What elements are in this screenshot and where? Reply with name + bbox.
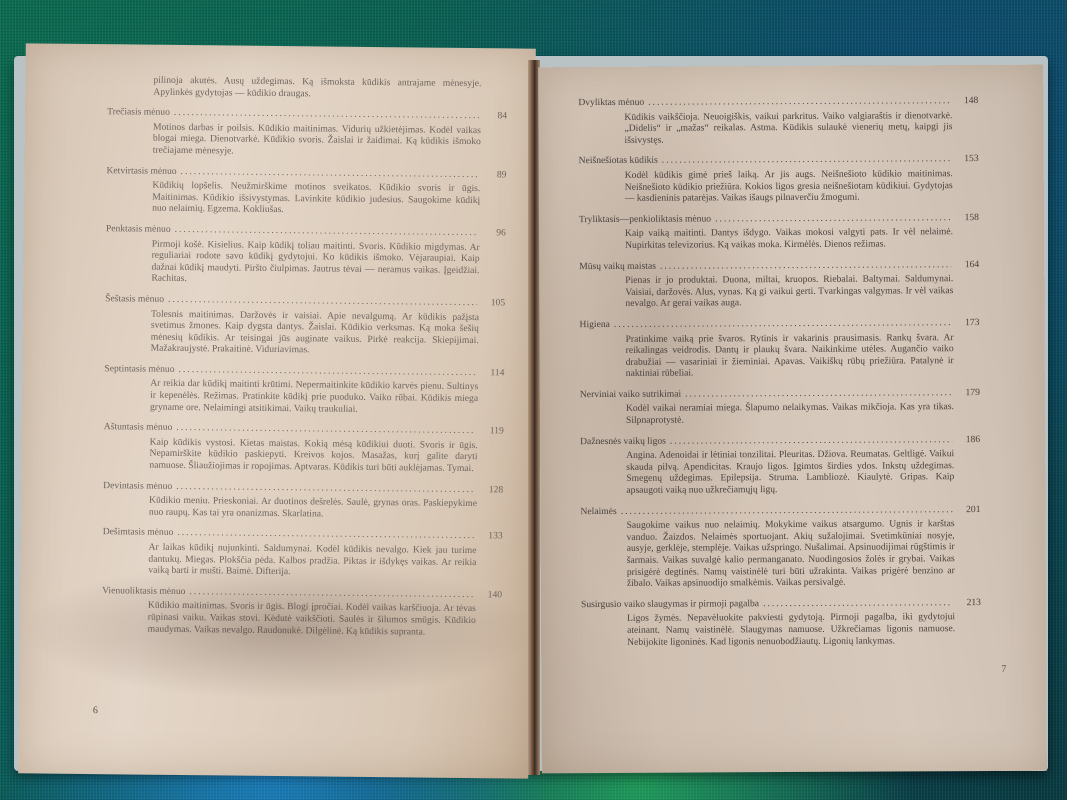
- chapter-topics: Pienas ir jo produktai. Duona, miltai, k…: [625, 273, 953, 309]
- chapter-page-number: 84: [479, 110, 507, 122]
- toc-entry: Devintasis mėnuo 128 Kūdikio meniu. Prie…: [103, 480, 503, 522]
- page-number: 6: [93, 705, 98, 716]
- chapter-topics: Ar reikia dar kūdikį maitinti krūtimi. N…: [150, 378, 478, 416]
- chapter-page-number: 128: [475, 484, 503, 496]
- toc-entry: Dešimtasis mėnuo 133 Ar laikas kūdikį nu…: [102, 527, 502, 581]
- toc-entry: Neišnešiotas kūdikis 153 Kodėl kūdikis g…: [579, 153, 979, 204]
- chapter-topics: Kūdikis vaikščioja. Neuoigiškis, vaikui …: [624, 110, 952, 146]
- toc-entry: Šeštasis mėnuo 105 Tolesnis maitinimas. …: [105, 293, 506, 358]
- leader-dots: [763, 597, 953, 610]
- chapter-title: Nelaimės: [580, 506, 620, 518]
- chapter-topics: Kaip vaiką maitinti. Dantys išdygo. Vaik…: [625, 227, 953, 252]
- toc-entry: Vienuoliktasis mėnuo 140 Kūdikio maitini…: [102, 585, 502, 639]
- toc-entry: Nerviniai vaiko sutrikimai 179 Kodėl vai…: [580, 387, 980, 427]
- chapter-topics: Kodėl kūdikis gimė prieš laiką. Ar jis a…: [625, 168, 953, 204]
- chapter-topics: Tolesnis maitinimas. Daržovės ir vaisiai…: [151, 308, 479, 358]
- continued-text: pilinoja akutės. Ausų uždegimas. Ką išmo…: [153, 75, 481, 102]
- chapter-page-number: 114: [476, 367, 504, 379]
- leader-dots: [176, 481, 475, 496]
- chapter-title: Nerviniai vaiko sutrikimai: [580, 388, 685, 400]
- chapter-topics: Angina. Adenoidai ir lėtiniai tonzilitai…: [626, 448, 954, 496]
- chapter-topics: Pirmoji košė. Kisielius. Kaip kūdikį tol…: [151, 238, 479, 288]
- chapter-topics: Kūdikio maitinimas. Svoris ir ūgis. Blog…: [148, 600, 476, 638]
- chapter-page-number: 153: [951, 153, 979, 165]
- leader-dots: [177, 527, 474, 542]
- toc-entry: Higiena 173 Pratinkime vaiką prie švaros…: [579, 317, 979, 380]
- chapter-title: Tryliktasis—penkioliktasis mėnuo: [579, 213, 715, 225]
- chapter-title: Šeštasis mėnuo: [105, 293, 168, 305]
- chapter-topics: Kūdikių lopšelis. Neužmirškime motinos s…: [152, 180, 480, 218]
- toc-entry: Dažnesnės vaikų ligos 186 Angina. Adenoi…: [580, 434, 980, 497]
- right-table-of-contents: Dvyliktas mėnuo 148 Kūdikis vaikščioja. …: [578, 95, 981, 657]
- chapter-title: Dvyliktas mėnuo: [578, 97, 648, 109]
- chapter-title: Susirgusio vaiko slaugymas ir pirmoji pa…: [581, 598, 763, 611]
- chapter-page-number: 96: [478, 227, 506, 239]
- chapter-page-number: 213: [953, 597, 981, 609]
- chapter-topics: Ar laikas kūdikį nujunkinti. Saldumynai.…: [148, 542, 476, 580]
- chapter-topics: Saugokime vaikus nuo nelaimių. Mokykime …: [627, 518, 955, 589]
- leader-dots: [648, 95, 950, 108]
- leader-dots: [670, 434, 952, 447]
- toc-entry: Nelaimės 201 Saugokime vaikus nuo nelaim…: [580, 504, 980, 590]
- chapter-page-number: 133: [475, 530, 503, 542]
- chapter-title: Mūsų vaikų maistas: [579, 260, 660, 272]
- chapter-title: Dažnesnės vaikų ligos: [580, 435, 670, 447]
- chapter-title: Devintasis mėnuo: [103, 480, 176, 492]
- toc-entry: Mūsų vaikų maistas 164 Pienas ir jo prod…: [579, 259, 979, 310]
- leader-dots: [181, 166, 479, 181]
- toc-entry: Susirgusio vaiko slaugymas ir pirmoji pa…: [581, 597, 981, 648]
- leader-dots: [168, 294, 477, 309]
- leader-dots: [685, 387, 952, 400]
- chapter-page-number: 158: [951, 212, 979, 224]
- right-page: Dvyliktas mėnuo 148 Kūdikis vaikščioja. …: [538, 65, 1047, 774]
- chapter-title: Dešimtasis mėnuo: [103, 527, 178, 539]
- chapter-page-number: 164: [951, 259, 979, 271]
- chapter-title: Ketvirtasis mėnuo: [106, 165, 180, 177]
- chapter-topics: Motinos darbas ir poilsis. Kūdikio maiti…: [153, 121, 481, 159]
- toc-entry: Septintasis mėnuo 114 Ar reikia dar kūdi…: [104, 363, 504, 417]
- toc-entry: Ketvirtasis mėnuo 89 Kūdikių lopšelis. N…: [106, 165, 506, 219]
- chapter-topics: Ligos žymės. Nepavėluokite pakviesti gyd…: [627, 612, 955, 648]
- chapter-page-number: 140: [474, 589, 502, 601]
- toc-entry: Aštuntasis mėnuo 119 Kaip kūdikis vystos…: [103, 421, 503, 475]
- chapter-topics: Kūdikio meniu. Prieskoniai. Ar duotinos …: [149, 495, 477, 522]
- left-table-of-contents: pilinoja akutės. Ausų uždegimas. Ką išmo…: [102, 74, 508, 647]
- chapter-page-number: 119: [476, 425, 504, 437]
- chapter-page-number: 89: [478, 169, 506, 181]
- leader-dots: [189, 586, 474, 601]
- chapter-title: Penktasis mėnuo: [106, 223, 175, 235]
- chapter-page-number: 148: [950, 95, 978, 107]
- chapter-page-number: 179: [952, 387, 980, 399]
- leader-dots: [621, 504, 953, 517]
- toc-entry: Dvyliktas mėnuo 148 Kūdikis vaikščioja. …: [578, 95, 978, 146]
- left-page: pilinoja akutės. Ausų uždegimas. Ką išmo…: [18, 43, 536, 778]
- toc-entry: Tryliktasis—penkioliktasis mėnuo 158 Kai…: [579, 212, 979, 252]
- leader-dots: [662, 154, 951, 167]
- chapter-title: Higiena: [579, 319, 613, 331]
- toc-entry: Penktasis mėnuo 96 Pirmoji košė. Kisieli…: [105, 223, 506, 288]
- leader-dots: [614, 317, 952, 330]
- chapter-page-number: 201: [952, 504, 980, 516]
- chapter-title: Vienuoliktasis mėnuo: [102, 585, 189, 598]
- leader-dots: [715, 212, 951, 225]
- chapter-page-number: 173: [951, 317, 979, 329]
- chapter-topics: Kodėl vaikai neramiai miega. Šlapumo nel…: [626, 402, 954, 427]
- toc-entry: Trečiasis mėnuo 84 Motinos darbas ir poi…: [107, 106, 507, 160]
- chapter-topics: Kaip kūdikis vystosi. Kietas maistas. Ko…: [149, 437, 477, 475]
- leader-dots: [175, 224, 478, 239]
- chapter-topics: Pratinkime vaiką prie švaros. Rytinis ir…: [626, 332, 954, 380]
- leader-dots: [178, 364, 476, 379]
- chapter-title: Aštuntasis mėnuo: [104, 421, 177, 433]
- chapter-page-number: 186: [952, 434, 980, 446]
- chapter-title: Neišnešiotas kūdikis: [579, 155, 662, 167]
- page-number: 7: [1001, 664, 1006, 675]
- chapter-title: Septintasis mėnuo: [104, 363, 178, 375]
- leader-dots: [660, 259, 951, 272]
- chapter-page-number: 105: [477, 297, 505, 309]
- leader-dots: [176, 422, 476, 437]
- chapter-title: Trečiasis mėnuo: [107, 106, 174, 118]
- leader-dots: [174, 107, 479, 122]
